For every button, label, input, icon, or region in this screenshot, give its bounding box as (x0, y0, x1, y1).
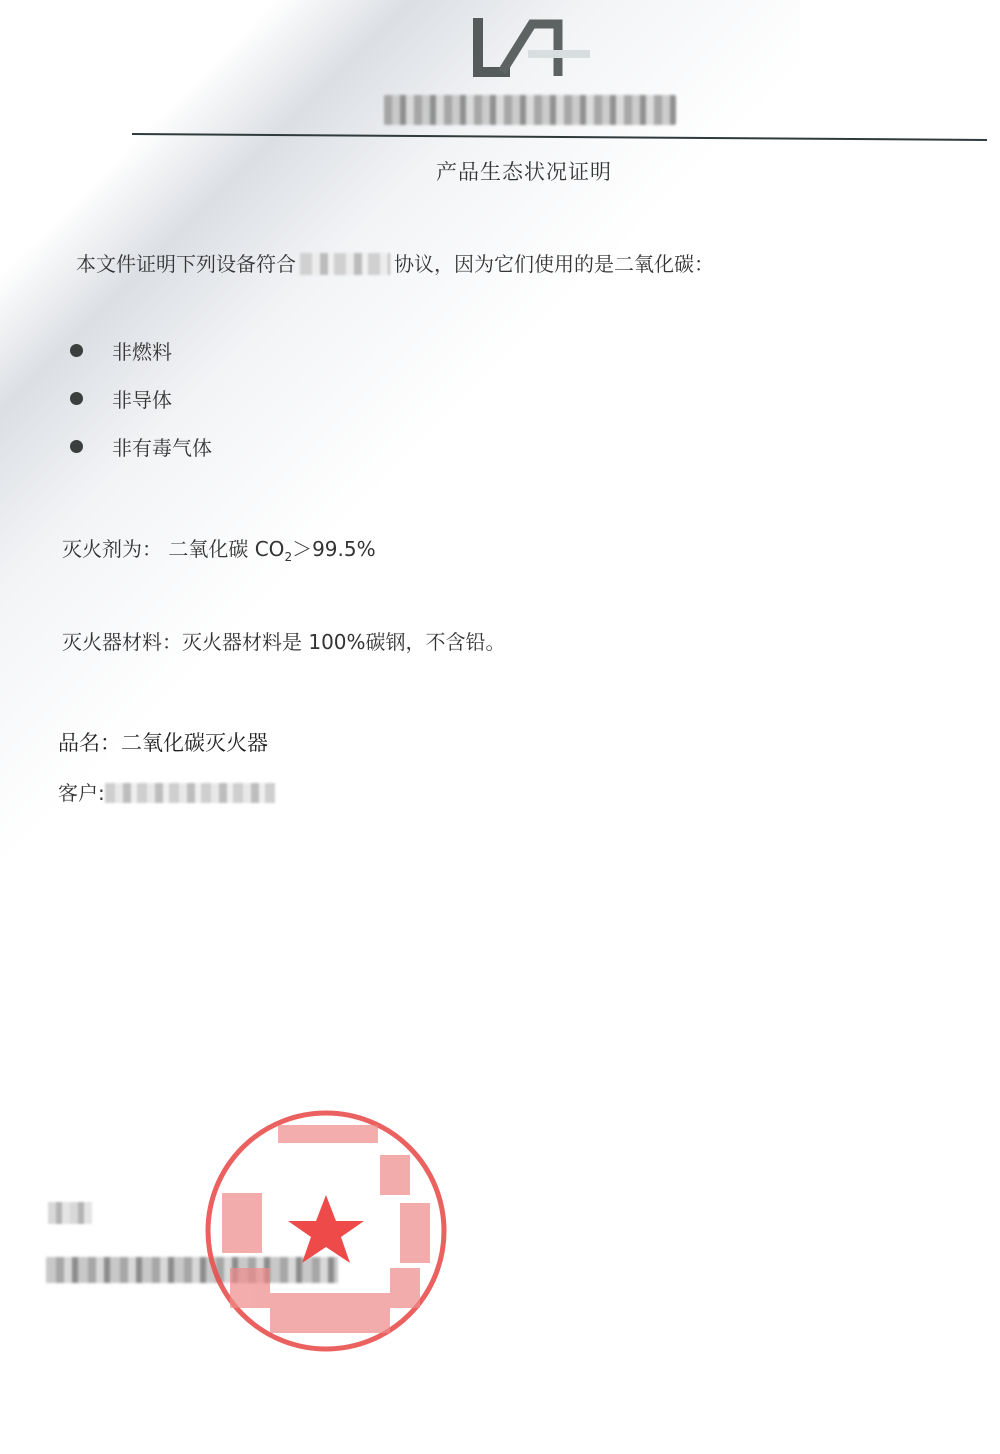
agent-purity: ＞99.5% (292, 537, 376, 561)
product-value: 二氧化碳灭火器 (121, 731, 268, 755)
agent-value: 二氧化碳 CO (168, 537, 284, 561)
document-title: 产品生态状况证明 (436, 156, 612, 186)
property-label: 非导体 (112, 384, 172, 413)
bullet-icon (70, 392, 83, 405)
material-value: 灭火器材料是 100%碳钢，不含铅。 (182, 630, 506, 654)
product-name-line: 品名：二氧化碳灭火器 (58, 727, 268, 757)
client-label: 客户: (58, 781, 105, 805)
bullet-icon (70, 440, 83, 453)
company-name-redacted (384, 95, 676, 125)
material-line: 灭火器材料：灭火器材料是 100%碳钢，不含铅。 (62, 626, 506, 655)
material-label: 灭火器材料： (62, 630, 182, 654)
product-label: 品名： (58, 731, 121, 755)
bullet-icon (70, 344, 83, 357)
intro-after: 协议，因为它们使用的是二氧化碳： (394, 252, 714, 276)
document-page: 产品生态状况证明 本文件证明下列设备符合协议，因为它们使用的是二氧化碳： 非燃料… (0, 0, 1000, 1454)
extinguishing-agent-line: 灭火剂为： 二氧化碳 CO2＞99.5% (62, 533, 376, 564)
client-line: 客户: (58, 777, 275, 806)
official-seal (200, 1103, 452, 1359)
agent-label: 灭火剂为： (62, 537, 162, 561)
company-logo (470, 14, 600, 84)
client-name-redacted (105, 783, 275, 803)
agent-subscript: 2 (284, 550, 292, 564)
intro-before: 本文件证明下列设备符合 (76, 252, 296, 276)
protocol-name-redacted (300, 253, 390, 275)
intro-paragraph: 本文件证明下列设备符合协议，因为它们使用的是二氧化碳： (76, 248, 714, 277)
signatory-redacted (48, 1202, 92, 1224)
header-divider (132, 133, 987, 141)
property-label: 非燃料 (112, 336, 172, 365)
property-label: 非有毒气体 (112, 432, 212, 461)
